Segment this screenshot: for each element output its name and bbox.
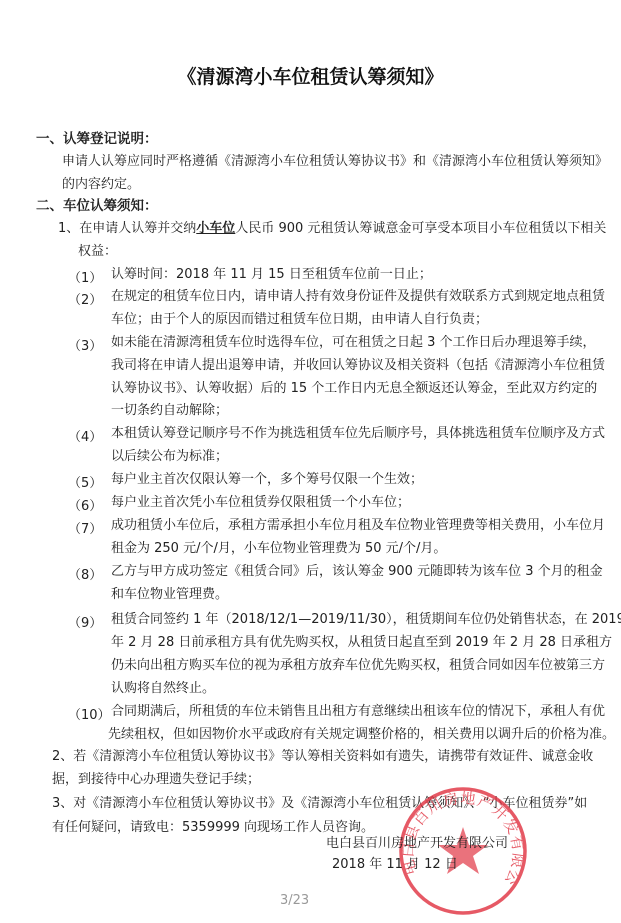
section1-line: 申请人认筹应同时严格遵循《清源湾小车位租赁认筹协议书》和《清源湾小车位租赁认筹须…: [62, 154, 608, 170]
section2-heading: 二、车位认筹须知：: [36, 198, 158, 214]
subitem-line: 如未能在清源湾租赁车位时选得车位，可在租赁之日起 3 个工作日后办理退筹手续，: [111, 335, 596, 351]
item1-post: 人民币 900 元租赁认筹诚意金可享受本项目小车位租赁以下相关: [235, 221, 606, 236]
subitem-line: 仍未向出租方购买车位的视为承租方放弃车位优先购买权，租赁合同如因车位被第三方: [111, 658, 605, 674]
subitem-line: 租金为 250 元/个/月，小车位物业管理费为 50 元/个/月。: [111, 541, 446, 557]
item1-pre: 在申请人认筹并交纳: [79, 221, 196, 236]
subitem-number: （5）: [68, 472, 102, 491]
section1-heading: 一、认筹登记说明：: [36, 131, 158, 147]
subitem-line: 认筹协议书》、认筹收据）后的 15 个工作日内无息全额返还认筹金，至此双方约定的: [111, 381, 597, 397]
subitem-number: （8）: [68, 564, 102, 583]
subitem-line: 我司将在申请人提出退筹申请，并收回认筹协议及相关资料（包括《清源湾小车位租赁: [111, 358, 605, 374]
subitem-line: 一切条约自动解除；: [111, 403, 228, 419]
subitem-number: （4）: [68, 426, 102, 445]
signature-company: 电白县百川房地产开发有限公司: [326, 832, 508, 851]
subitem-number: （6）: [68, 495, 102, 514]
document-title: 《清源湾小车位租赁认筹须知》: [0, 62, 621, 89]
page-indicator: 3/23: [280, 893, 309, 908]
subitem-line: 认购将自然终止。: [111, 681, 215, 697]
subitem-line: 每户业主首次仅限认筹一个，多个筹号仅限一个生效；: [111, 472, 423, 488]
section1-line: 的内容约定。: [62, 177, 140, 193]
subitem-line: 每户业主首次凭小车位租赁券仅限租赁一个小车位；: [111, 495, 410, 511]
item2-line: 2、若《清源湾小车位租赁认筹协议书》等认筹相关资料如有遗失，请携带有效证件、诚意…: [52, 749, 593, 765]
subitem-line: 年 2 月 28 日前承租方具有优先购买权，从租赁日起直至到 2019 年 2 …: [111, 635, 612, 651]
item1-line: 1、在申请人认筹并交纳小车位人民币 900 元租赁认筹诚意金可享受本项目小车位租…: [58, 221, 606, 237]
subitem-number: （3）: [68, 335, 102, 354]
subitem-number: （2）: [68, 289, 102, 308]
subitem-line: 成功租赁小车位后，承租方需承担小车位月租及车位物业管理费等相关费用，小车位月: [111, 518, 605, 534]
subitem-line: 在规定的租赁车位日内，请申请人持有效身份证件及提供有效联系方式到规定地点租赁: [111, 289, 605, 305]
subitem-line: 以后续公布为标准；: [111, 449, 228, 465]
subitem-line: 乙方与甲方成功签定《租赁合同》后，该认筹金 900 元随即转为该车位 3 个月的…: [111, 564, 603, 580]
subitem-number: （10）: [68, 704, 111, 723]
subitem-line: 和车位物业管理费。: [111, 587, 228, 603]
subitem-line: 认筹时间：2018 年 11 月 15 日至租赁车位前一日止；: [111, 267, 432, 283]
subitem-number: （1）: [68, 267, 102, 286]
subitem-number: （7）: [68, 518, 102, 537]
subitem-number: （9）: [68, 612, 102, 631]
item1-prefix: 1、: [58, 221, 79, 236]
subitem-line: 车位；由于个人的原因而错过租赁车位日期，由申请人自行负责；: [111, 312, 488, 328]
item3-line: 3、对《清源湾小车位租赁认筹协议书》及《清源湾小车位租赁认筹须知》、“小车位租赁…: [52, 796, 587, 812]
subitem-line: 先续租权，但如因物价水平或政府有关规定调整价格的，相关费用以调升后的价格为准。: [108, 727, 615, 743]
item2-line: 据，到接待中心办理遗失登记手续；: [52, 772, 260, 788]
signature-date: 2018 年 11 月 12 日: [332, 853, 458, 872]
item1-line2: 权益：: [78, 244, 117, 260]
item1-emphasis: 小车位: [196, 221, 235, 236]
subitem-line: 租赁合同签约 1 年（2018/12/1—2019/11/30），租赁期间车位仍…: [111, 612, 621, 628]
subitem-line: 合同期满后，所租赁的车位未销售且出租方有意继续出租该车位的情况下，承租人有优: [111, 704, 605, 720]
subitem-line: 本租赁认筹登记顺序号不作为挑选租赁车位先后顺序号，具体挑选租赁车位顺序及方式: [111, 426, 605, 442]
